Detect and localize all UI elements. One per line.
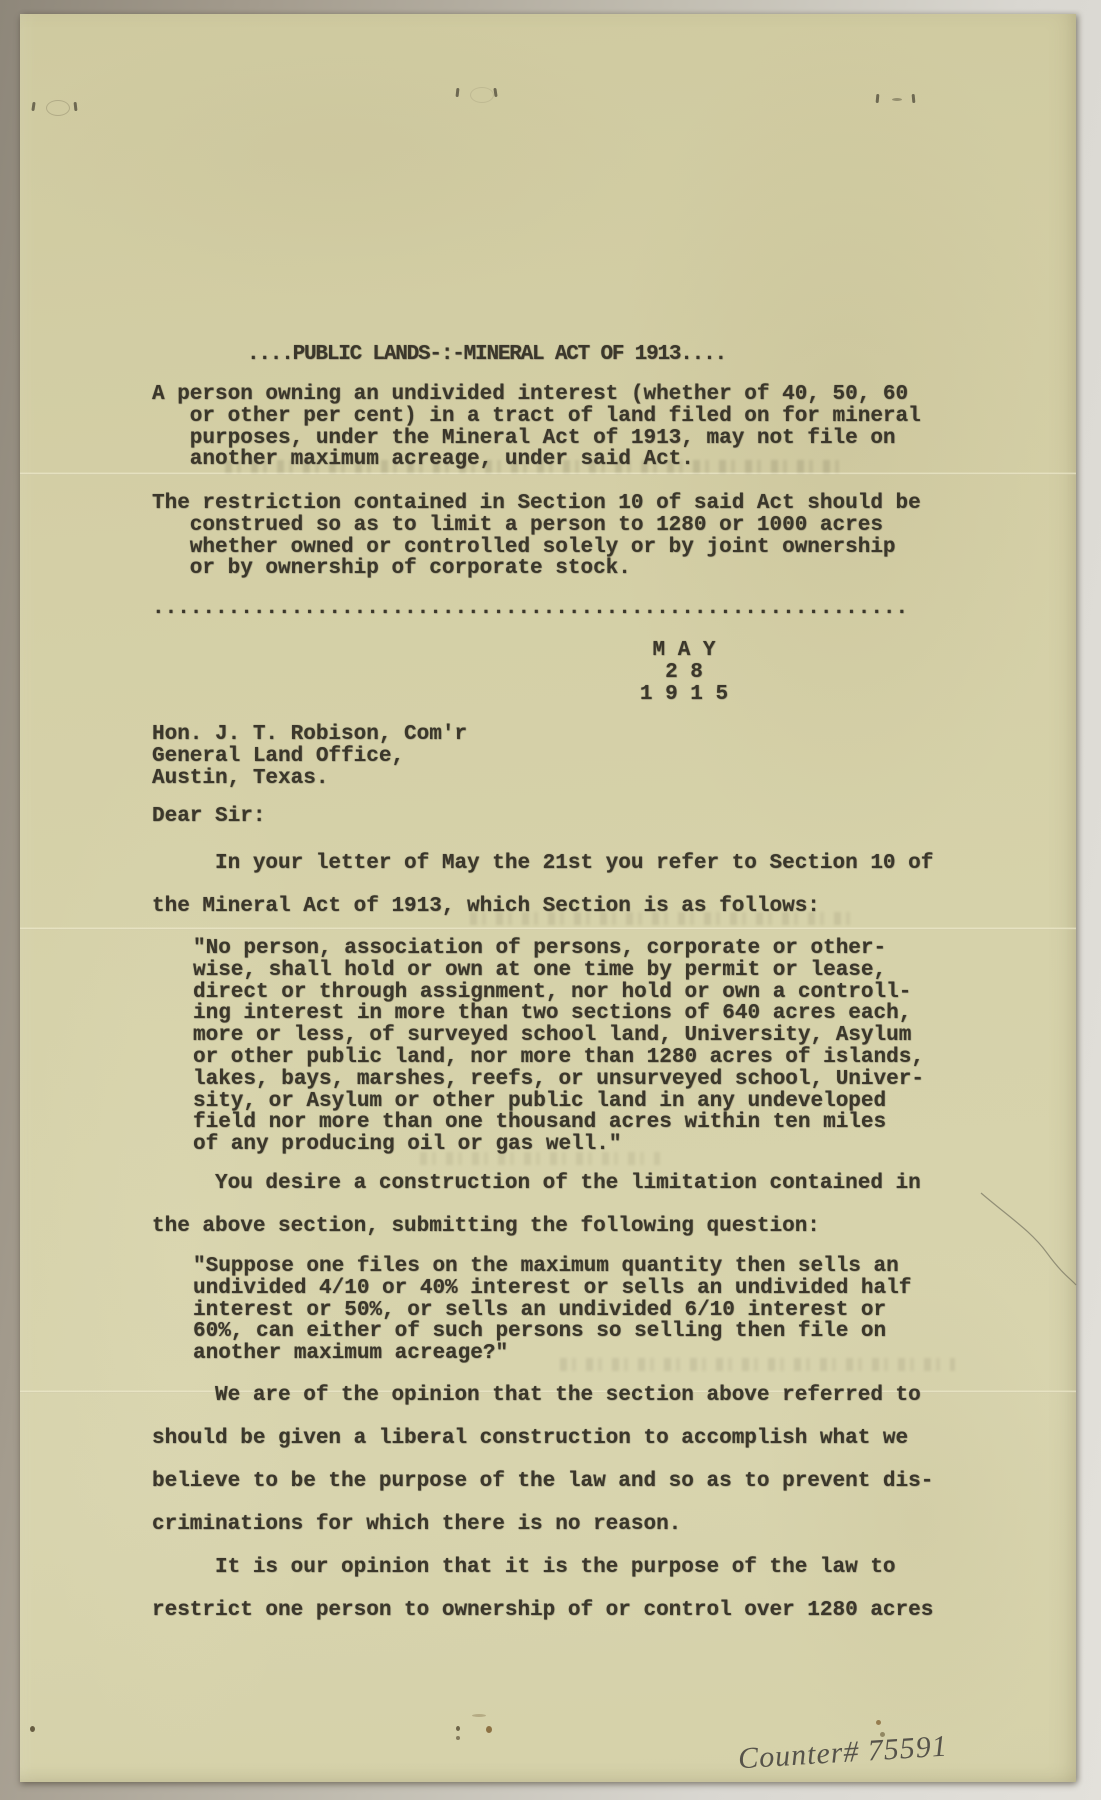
date-stamp: M A Y 2 8 1 9 1 5 — [622, 640, 746, 706]
document-title: ....PUBLIC LANDS-:-MINERAL ACT OF 1913..… — [247, 344, 726, 366]
salutation: Dear Sir: — [152, 806, 265, 828]
statute-quote: "No person, association of persons, corp… — [193, 938, 924, 1156]
counter-number-annotation: Counter# 75591 — [737, 1730, 949, 1777]
recipient-address: Hon. J. T. Robison, Com'r General Land O… — [152, 724, 467, 790]
staple-impression — [470, 87, 494, 103]
body-paragraph-1: In your letter of May the 21st you refer… — [152, 842, 933, 928]
photographed-letter: { "doc": { "title": "....PUBLIC LANDS-:-… — [0, 0, 1101, 1800]
pin-mark — [456, 88, 460, 97]
staple-impression — [46, 100, 70, 116]
pin-mark — [892, 98, 902, 101]
pin-mark — [30, 1726, 35, 1732]
pin-mark — [74, 102, 78, 111]
rust-mark — [472, 1714, 486, 1717]
pin-mark — [876, 94, 880, 103]
pin-mark — [456, 1736, 460, 1740]
rust-mark — [486, 1726, 492, 1733]
question-quote: "Suppose one files on the maximum quanti… — [193, 1256, 911, 1365]
summary-paragraph-2: The restriction contained in Section 10 … — [152, 493, 921, 580]
pin-mark — [31, 102, 35, 111]
letter-paper: ....PUBLIC LANDS-:-MINERAL ACT OF 1913..… — [20, 14, 1076, 1782]
body-paragraph-3: We are of the opinion that the section a… — [152, 1374, 933, 1546]
pin-mark — [912, 94, 916, 103]
summary-paragraph-1: A person owning an undivided interest (w… — [152, 384, 921, 471]
rust-mark — [880, 1732, 885, 1737]
pin-mark — [456, 1726, 460, 1731]
dotted-separator: ........................................… — [152, 598, 908, 620]
body-paragraph-2: You desire a construction of the limitat… — [152, 1162, 921, 1248]
rust-mark — [876, 1720, 881, 1725]
body-paragraph-4: It is our opinion that it is the purpose… — [152, 1546, 933, 1632]
paper-scratch — [975, 1179, 1085, 1289]
pin-mark — [493, 88, 497, 97]
